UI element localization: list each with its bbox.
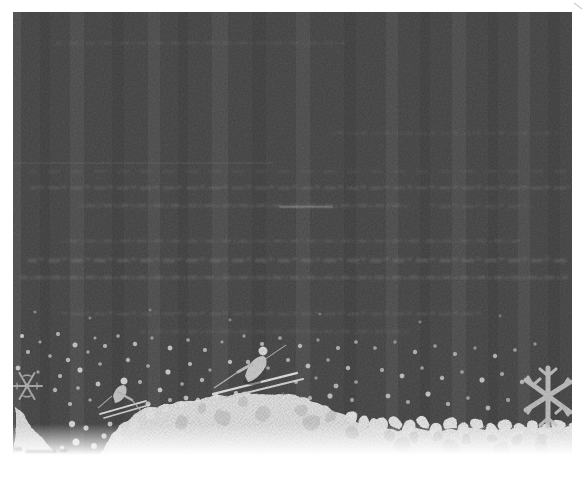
bottom-fade [13,414,572,460]
scan-page [0,0,588,480]
photo [12,12,575,460]
scanned-winter-scene [0,0,588,480]
grain-dark [13,12,572,458]
